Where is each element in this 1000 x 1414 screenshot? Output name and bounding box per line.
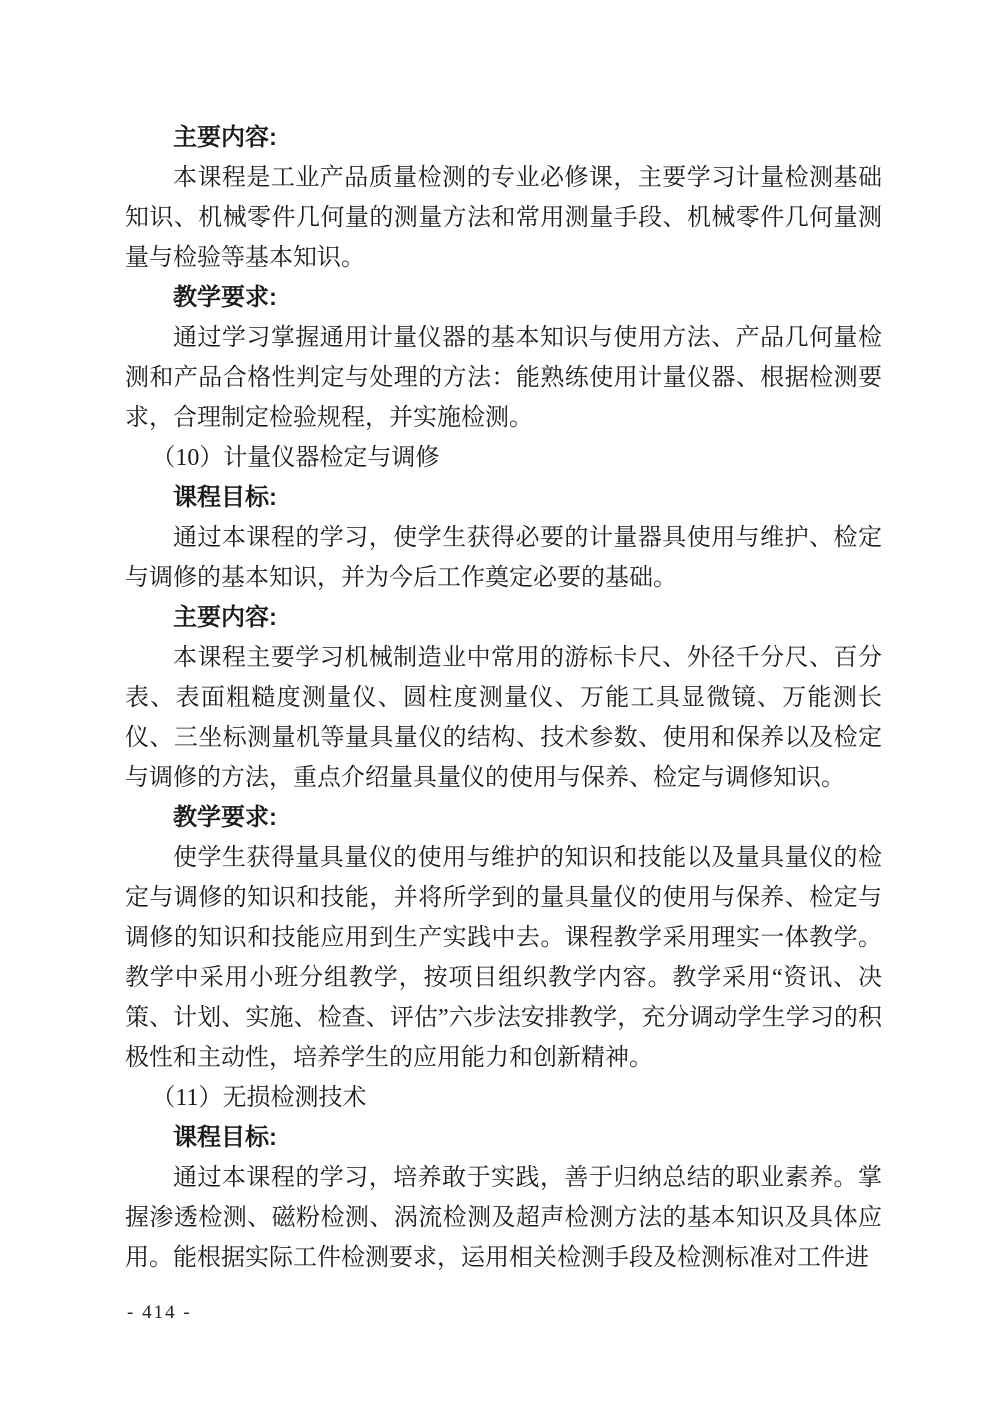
course-list-item: （11）无损检测技术	[125, 1078, 882, 1118]
body-paragraph: 通过本课程的学习，培养敢于实践，善于归纳总结的职业素养。掌握渗透检测、磁粉检测、…	[125, 1158, 882, 1278]
document-page: 主要内容: 本课程是工业产品质量检测的专业必修课，主要学习计量检测基础知识、机械…	[0, 0, 1000, 1414]
section-heading: 主要内容:	[125, 118, 882, 158]
section-heading: 课程目标:	[125, 1118, 882, 1158]
document-body: 主要内容: 本课程是工业产品质量检测的专业必修课，主要学习计量检测基础知识、机械…	[125, 118, 882, 1278]
body-paragraph: 通过学习掌握通用计量仪器的基本知识与使用方法、产品几何量检测和产品合格性判定与处…	[125, 318, 882, 438]
section-heading: 主要内容:	[125, 598, 882, 638]
body-paragraph: 本课程是工业产品质量检测的专业必修课，主要学习计量检测基础知识、机械零件几何量的…	[125, 158, 882, 278]
body-paragraph: 本课程主要学习机械制造业中常用的游标卡尺、外径千分尺、百分表、表面粗糙度测量仪、…	[125, 638, 882, 798]
section-heading: 课程目标:	[125, 478, 882, 518]
body-paragraph: 通过本课程的学习，使学生获得必要的计量器具使用与维护、检定与调修的基本知识，并为…	[125, 518, 882, 598]
section-heading: 教学要求:	[125, 278, 882, 318]
course-list-item: （10）计量仪器检定与调修	[125, 438, 882, 478]
page-number: - 414 -	[127, 1301, 192, 1325]
body-paragraph: 使学生获得量具量仪的使用与维护的知识和技能以及量具量仪的检定与调修的知识和技能，…	[125, 838, 882, 1078]
section-heading: 教学要求:	[125, 798, 882, 838]
